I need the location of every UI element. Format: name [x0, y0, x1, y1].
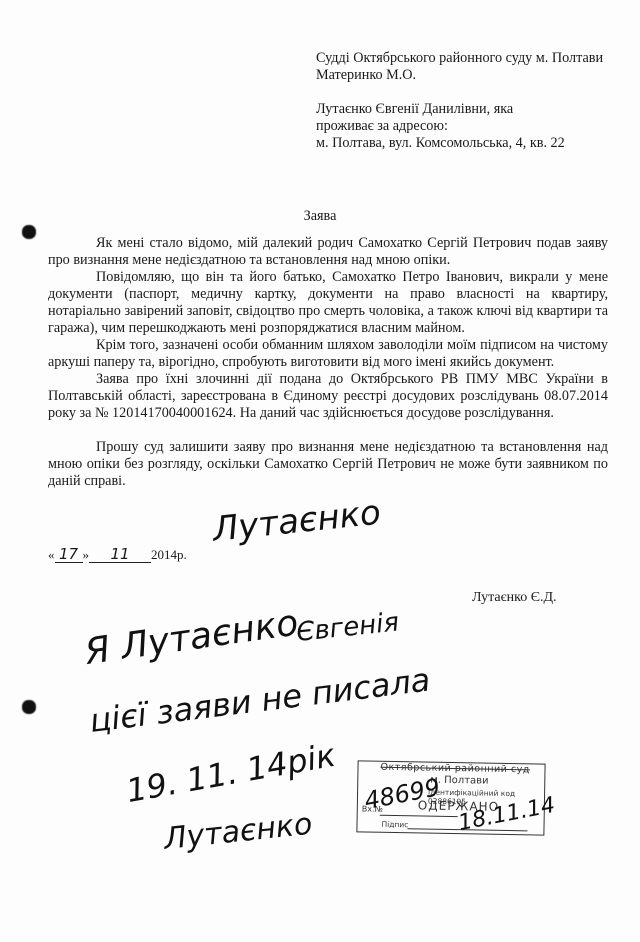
stamp-number-line — [380, 815, 458, 817]
sender-name: Лутаєнко Євгенії Данилівни, яка — [316, 101, 603, 118]
handwritten-note-date: 19. 11. 14рік — [123, 736, 338, 810]
handwritten-note-line1: Я Лутаєнко — [82, 602, 301, 673]
document-body: Як мені стало відомо, мій далекий родич … — [48, 235, 608, 490]
sender-address-label: проживає за адресою: — [316, 118, 603, 135]
handwritten-note-signature: Лутаєнко — [162, 807, 314, 857]
stamp-court-name: Октябрський районний суд — [380, 762, 529, 776]
handwritten-note-line2: цієї заяви не писала — [87, 661, 432, 740]
date-day: 17 — [55, 546, 83, 563]
stamp-signature-label: Підпис — [381, 820, 408, 829]
signer-name: Лутаєнко Є.Д. — [472, 590, 557, 606]
paragraph: Повідомляю, що він та його батько, Самох… — [48, 269, 608, 337]
paragraph: Крім того, зазначені особи обманним шлях… — [48, 337, 608, 371]
punch-hole-mark — [22, 225, 36, 239]
handwritten-note-line1-name: Євгенія — [295, 607, 401, 648]
court-received-stamp: Октябрський районний суд м. Полтави іден… — [356, 760, 545, 835]
addressee-court: Судді Октябрського районного суду м. Пол… — [316, 50, 603, 67]
document-title: Заява — [0, 208, 640, 225]
addressee-block: Судді Октябрського районного суду м. Пол… — [316, 50, 603, 152]
document-page: Судді Октябрського районного суду м. Пол… — [0, 0, 640, 942]
paragraph: Прошу суд залишити заяву про визнання ме… — [48, 439, 608, 490]
punch-hole-mark — [22, 700, 36, 714]
date-line: « 17 » 11 2014р. — [48, 546, 187, 563]
paragraph: Як мені стало відомо, мій далекий родич … — [48, 235, 608, 269]
handwritten-signature: Лутаєнко — [211, 493, 383, 550]
sender-address: м. Полтава, вул. Комсомольська, 4, кв. 2… — [316, 135, 603, 152]
addressee-judge: Материнко М.О. — [316, 67, 603, 84]
date-month: 11 — [89, 546, 151, 563]
paragraph: Заява про їхні злочинні дії подана до Ок… — [48, 371, 608, 422]
date-year: 2014р. — [151, 547, 187, 563]
